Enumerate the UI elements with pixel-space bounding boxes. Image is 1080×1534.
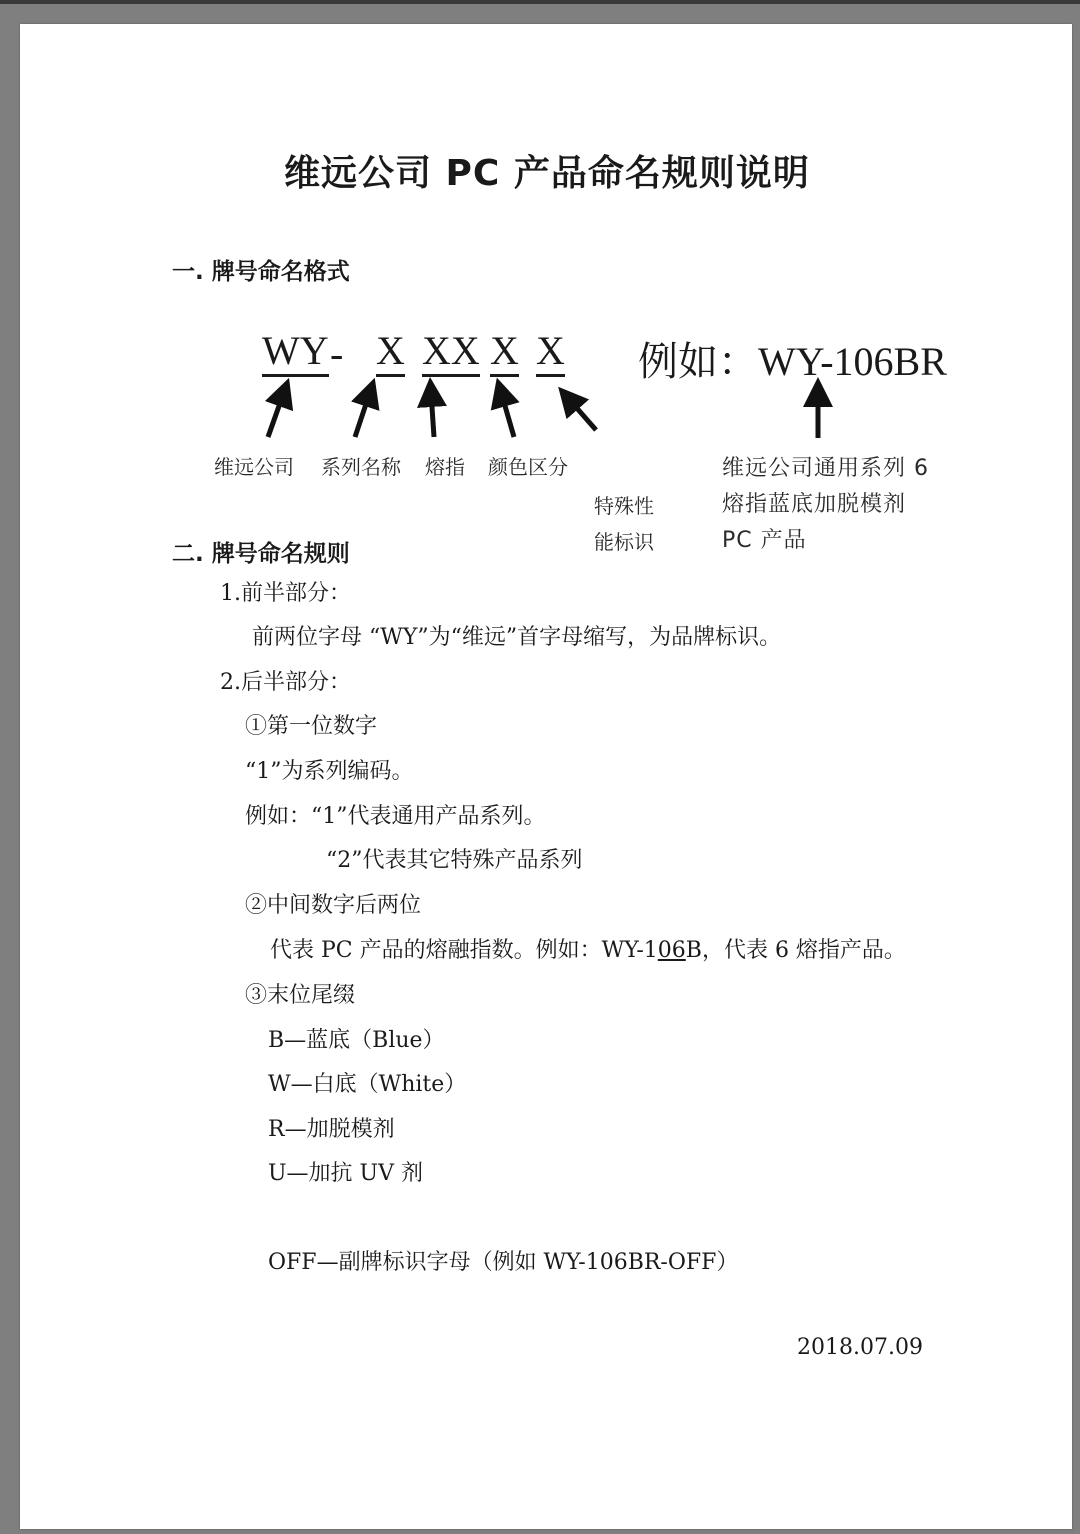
suffix-r: R—加脱模剂	[268, 1112, 395, 1143]
label-brand: 维远公司	[214, 451, 294, 480]
arrow-up-icon	[268, 392, 284, 437]
document-date: 2018.07.09	[797, 1335, 923, 1360]
item2-title: ②中间数字后两位	[245, 888, 421, 919]
label-series: 系列名称	[321, 451, 401, 480]
part1-text: 前两位字母 “WY”为“维远”首字母缩写，为品牌标识。	[252, 620, 781, 651]
label-color: 颜色区分	[488, 451, 568, 480]
suffix-u: U—加抗 UV 剂	[268, 1156, 423, 1187]
arrow-up-icon	[355, 392, 370, 437]
label-special-2: 能标识	[594, 526, 654, 555]
example-explanation-2: 熔指蓝底加脱模剂	[722, 487, 906, 518]
suffix-w: W—白底（White）	[268, 1067, 466, 1098]
off-note: OFF—副牌标识字母（例如 WY-106BR-OFF）	[268, 1245, 738, 1276]
arrow-up-icon	[501, 392, 514, 437]
example-explanation-3: PC 产品	[722, 523, 807, 554]
item2-text: 代表 PC 产品的熔融指数。例如：WY-106B，代表 6 熔指产品。	[270, 933, 906, 964]
item1-example-1: 例如：“1”代表通用产品系列。	[245, 799, 546, 830]
arrow-up-icon	[431, 392, 434, 437]
item1-example-2: “2”代表其它特殊产品系列	[326, 843, 583, 874]
section2-heading: 二. 牌号命名规则	[172, 535, 350, 568]
arrows-diagram	[0, 0, 1080, 460]
label-special-1: 特殊性	[594, 490, 654, 519]
part2-title: 2.后半部分：	[220, 665, 351, 696]
item2-text-before: 代表 PC 产品的熔融指数。例如：WY-1	[270, 938, 658, 963]
example-explanation-1: 维远公司通用系列 6	[722, 451, 929, 482]
item3-title: ③末位尾缀	[245, 978, 355, 1009]
suffix-b: B—蓝底（Blue）	[268, 1023, 445, 1054]
item1-text: “1”为系列编码。	[245, 754, 414, 785]
part1-title: 1.前半部分：	[220, 576, 351, 607]
label-melt-index: 熔指	[425, 451, 465, 480]
item2-text-underlined: 06	[658, 938, 686, 963]
item1-title: ①第一位数字	[245, 709, 377, 740]
arrow-up-icon	[568, 398, 596, 430]
item2-text-after: B，代表 6 熔指产品。	[686, 938, 906, 963]
